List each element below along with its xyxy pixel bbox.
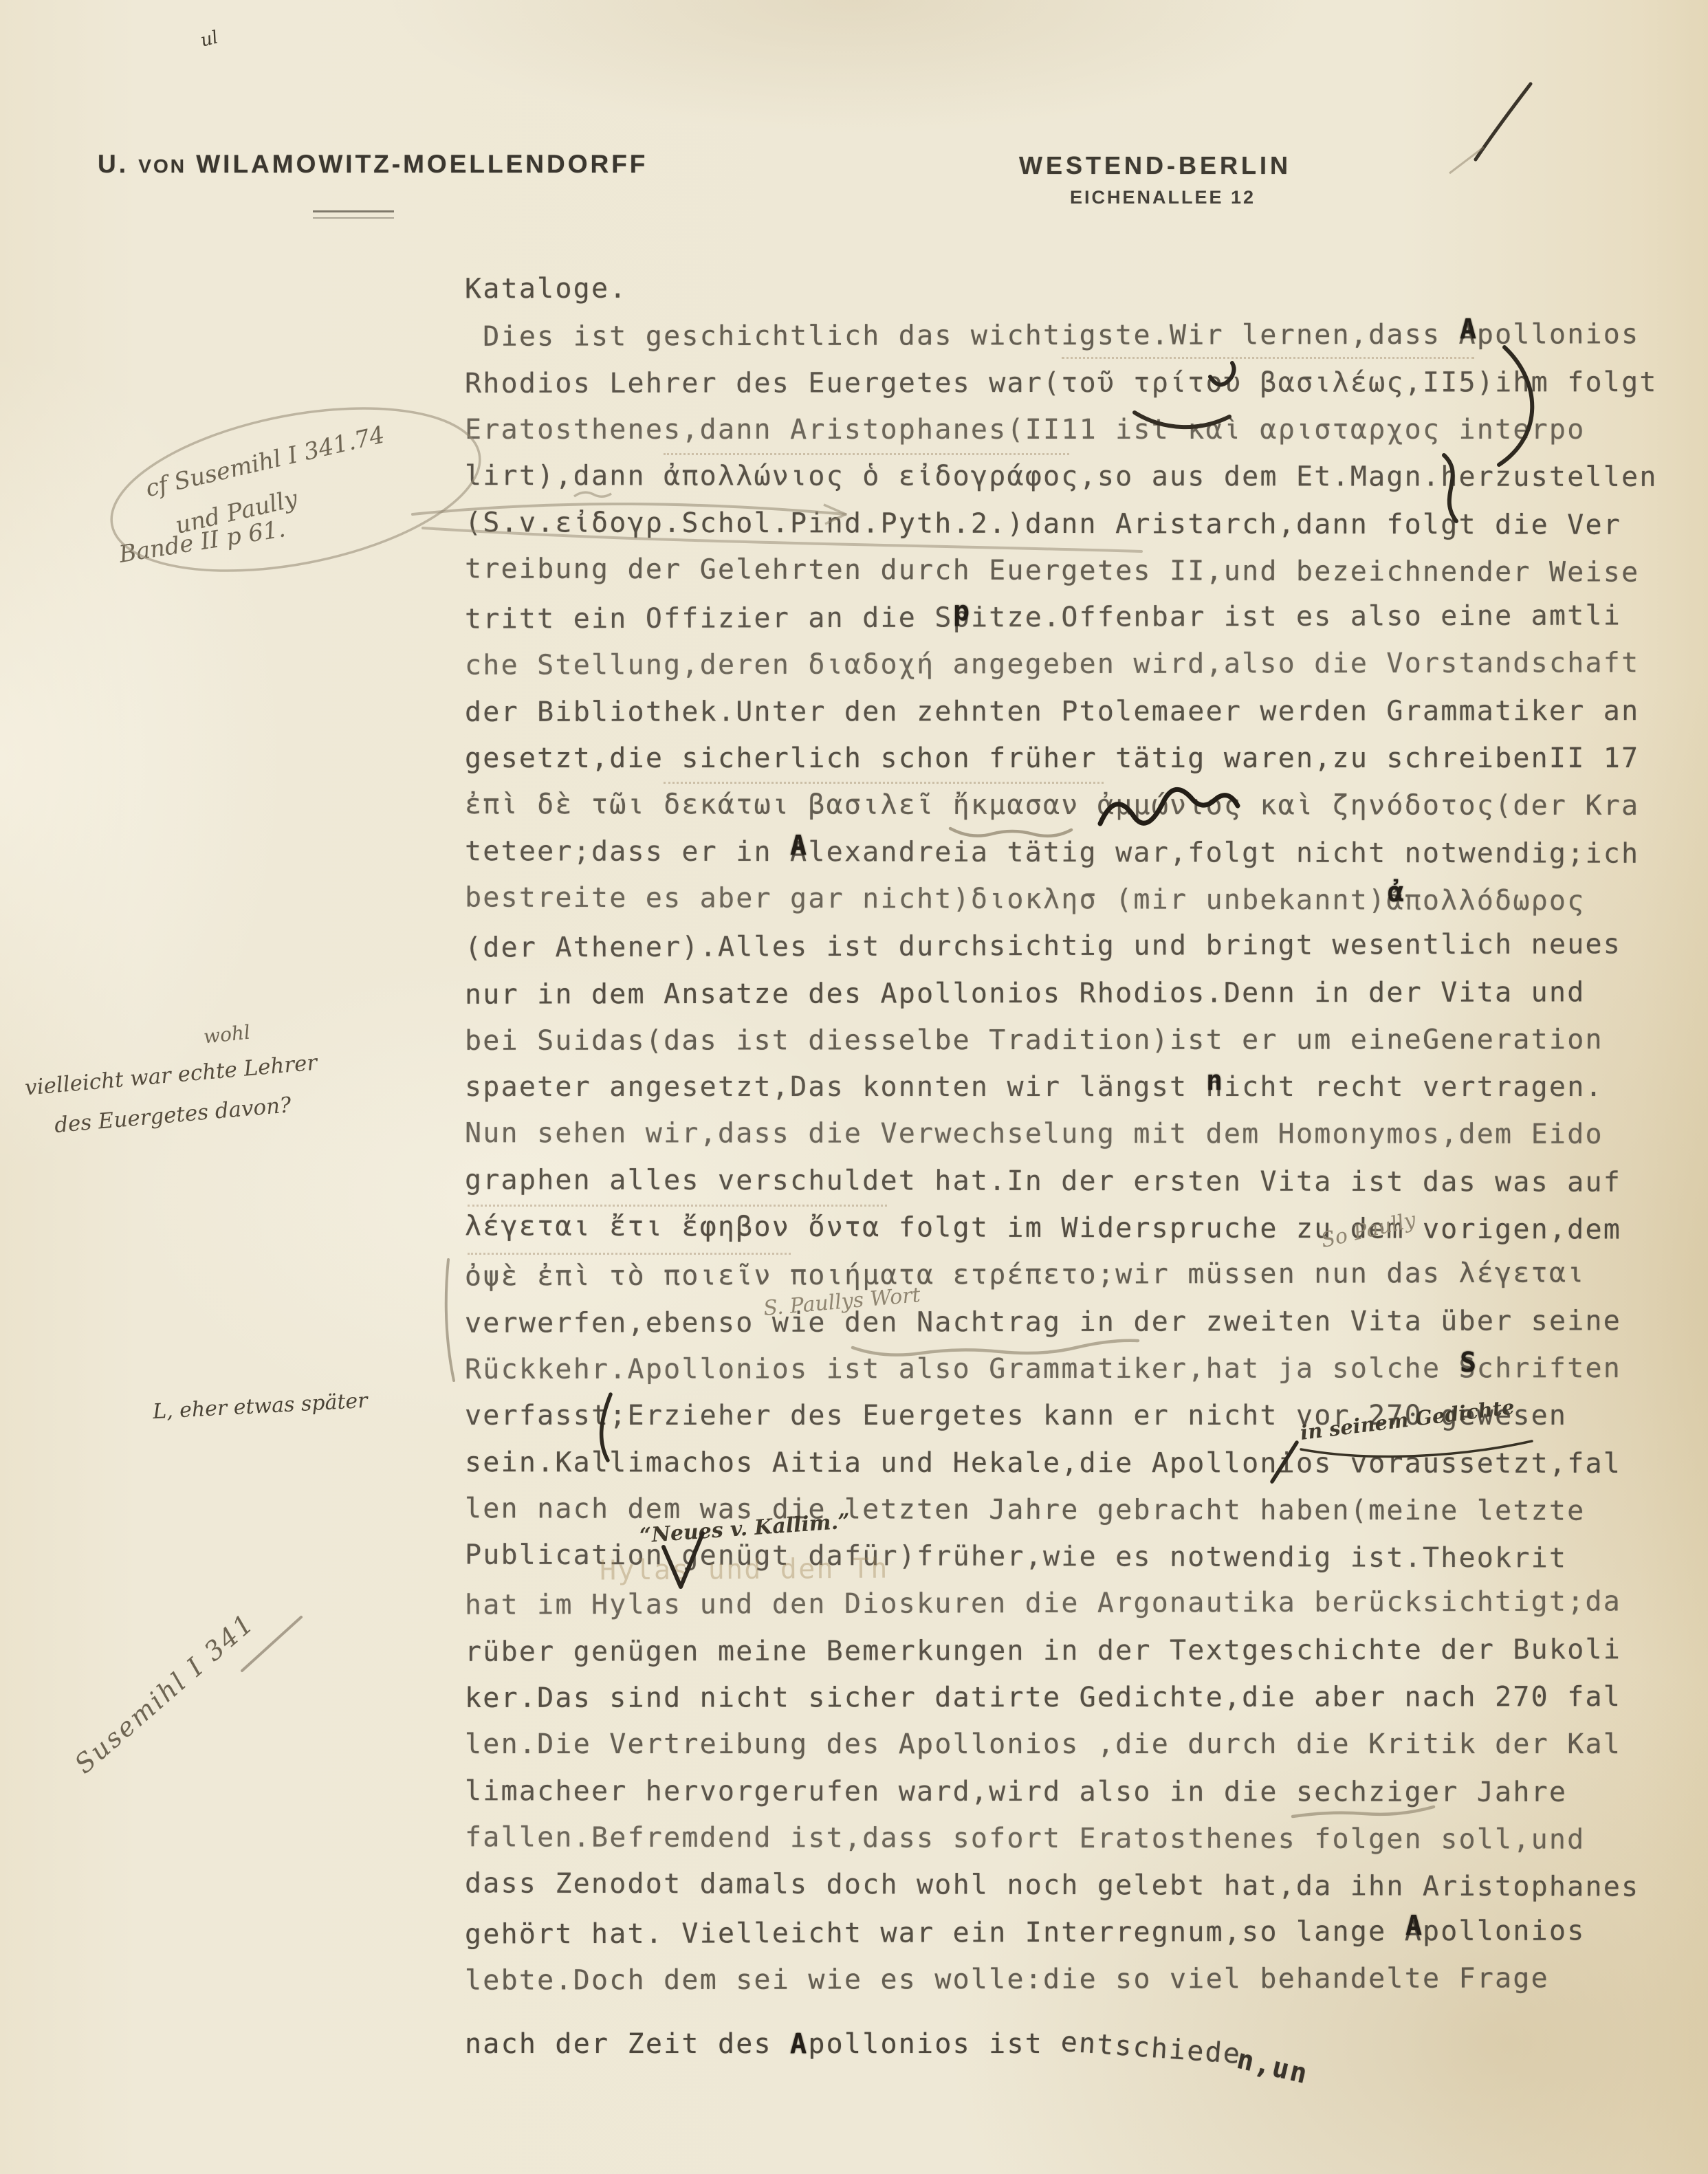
overstrike-letter: n xyxy=(1206,1065,1224,1097)
author-initial: U. xyxy=(98,150,129,178)
typescript-line: len.Die Vertreibung des Apollonios ,die … xyxy=(465,1724,1621,1765)
letterhead-underline xyxy=(313,210,394,219)
typescript-line: bei Suidas(das ist diesselbe Tradition)i… xyxy=(465,1019,1603,1062)
eher-spaeter-note: L, eher etwas später xyxy=(152,1389,368,1424)
typescript-line: len nach dem was die letzten Jahre gebra… xyxy=(465,1488,1586,1531)
typescript-line: der Bibliothek.Unter den zehnten Ptolema… xyxy=(465,690,1639,733)
typescript-line: Nun sehen wir,dass die Verwechselung mit… xyxy=(465,1113,1603,1156)
corner-scribble: ul xyxy=(199,27,221,51)
tail-part2: entschiede xyxy=(1060,2026,1242,2070)
typescript-line: nur in dem Ansatze des Apollonios Rhodio… xyxy=(465,971,1586,1015)
overstrike-letter: A xyxy=(1405,1910,1423,1942)
typescript-line: hat im Hylas und den Dioskuren die Argon… xyxy=(465,1581,1621,1626)
typescript-line: fallen.Befremdend ist,dass sofort Eratos… xyxy=(465,1816,1586,1860)
typescript-line: verwerfen,ebenso wie den Nachtrag in der… xyxy=(465,1300,1621,1344)
scanned-letter-page: U. VON WILAMOWITZ-MOELLENDORFF WESTEND-B… xyxy=(0,0,1708,2174)
dotted-overline xyxy=(468,1205,887,1207)
typescript-line: spaeter angesetzt,Das konnten wir längst… xyxy=(465,1066,1603,1108)
typescript-line: limacheer hervorgerufen ward,wird also i… xyxy=(465,1770,1567,1813)
overstrike-letter: S xyxy=(1460,1347,1478,1379)
typescript-line: Kataloge. xyxy=(465,268,628,310)
typescript-line: (der Athener).Alles ist durchsichtig und… xyxy=(465,924,1621,969)
overstrike-letter: ἀ xyxy=(1388,877,1405,908)
typescript-tail-line: nach der Zeit des Apollonios ist entschi… xyxy=(465,2028,1314,2060)
typescript-line: lirt),dann ἀπολλώνιος ὁ εἰδογράφος,so au… xyxy=(465,455,1658,498)
typescript-line: (S.v.εἰδογρ.Schol.Pind.Pyth.2.)dann Aris… xyxy=(465,502,1621,546)
overstrike-letter: A xyxy=(790,2028,808,2060)
typescript-line: Rückkehr.Apollonios ist also Grammatiker… xyxy=(465,1348,1621,1390)
typescript-line: lebte.Doch dem sei wie es wolle:die so v… xyxy=(465,1957,1549,2001)
typescript-line: sein.Kallimachos Aitia und Hekale,die Ap… xyxy=(465,1442,1621,1484)
dotted-overline xyxy=(1062,357,1474,359)
typescript-line: graphen alles verschuldet hat.In der ers… xyxy=(465,1159,1621,1203)
overstrike-letter: p xyxy=(953,595,971,627)
ghost-typed-line: Hylas und den Th xyxy=(600,1553,889,1587)
author-particle: VON xyxy=(138,155,186,177)
dotted-overline xyxy=(664,453,1069,455)
letterhead-place: WESTEND-BERLIN xyxy=(1019,151,1291,180)
dotted-overline xyxy=(664,782,1104,784)
typescript-line: rüber genügen meine Bemerkungen in der T… xyxy=(465,1629,1621,1673)
tail-part3: n,un xyxy=(1234,2043,1312,2090)
typescript-line: treibung der Gelehrten durch Euergetes I… xyxy=(465,548,1640,593)
overstrike-letter: A xyxy=(1460,314,1478,345)
typescript-line: dass Zenodot damals doch wohl noch geleb… xyxy=(465,1863,1640,1908)
margin-query-note: vielleicht war echte Lehrerdes Euergetes… xyxy=(23,1043,322,1148)
typescript-line: λέγεται ἔτι ἔφηβον ὄντα folgt im Widersp… xyxy=(465,1205,1621,1250)
typescript-line: ὀψὲ ἐπὶ τὸ ποιεῖν ποιήματα ετρέπετο;wir … xyxy=(465,1253,1586,1297)
faint-slash-tail xyxy=(1449,147,1484,173)
dotted-overline xyxy=(468,1253,791,1255)
typescript-line: Rhodios Lehrer des Euergetes war(τοῦ τρί… xyxy=(465,362,1658,404)
typescript-line: ἐπὶ δὲ τῶι δεκάτωι βασιλεῖ ἤκμασαν ἀμμών… xyxy=(465,784,1639,826)
typescript-line: gesetzt,die sicherlich schon früher täti… xyxy=(465,738,1639,779)
typescript-line: Eratosthenes,dann Aristophanes(II11 ist … xyxy=(465,409,1586,450)
typescript-line: tritt ein Offizier an die Spitze.Offenba… xyxy=(465,595,1621,639)
margin-vertical-stroke xyxy=(446,1260,454,1381)
margin-query-superscript: wohl xyxy=(202,1021,251,1048)
typescript-line: teteer;dass er in Alexandreia tätig war,… xyxy=(465,831,1639,875)
letterhead-address: EICHENALLEE 12 xyxy=(1070,187,1256,208)
letterhead-author: U. VON WILAMOWITZ-MOELLENDORFF xyxy=(98,150,648,179)
ink-slash-mark xyxy=(1476,84,1531,160)
typescript-line: bestreite es aber gar nicht)διοκλησ (mir… xyxy=(465,877,1586,921)
tail-part1: nach der Zeit des Apollonios ist xyxy=(465,2028,1061,2060)
author-surname: WILAMOWITZ-MOELLENDORFF xyxy=(196,150,648,178)
typescript-line: che Stellung,deren διαδοχή angegeben wir… xyxy=(465,643,1639,687)
susemihl-diagonal-note: Susemihl I 341 xyxy=(69,1607,261,1779)
typescript-line: ker.Das sind nicht sicher datirte Gedich… xyxy=(465,1676,1621,1719)
overstrike-letter: A xyxy=(790,830,808,861)
